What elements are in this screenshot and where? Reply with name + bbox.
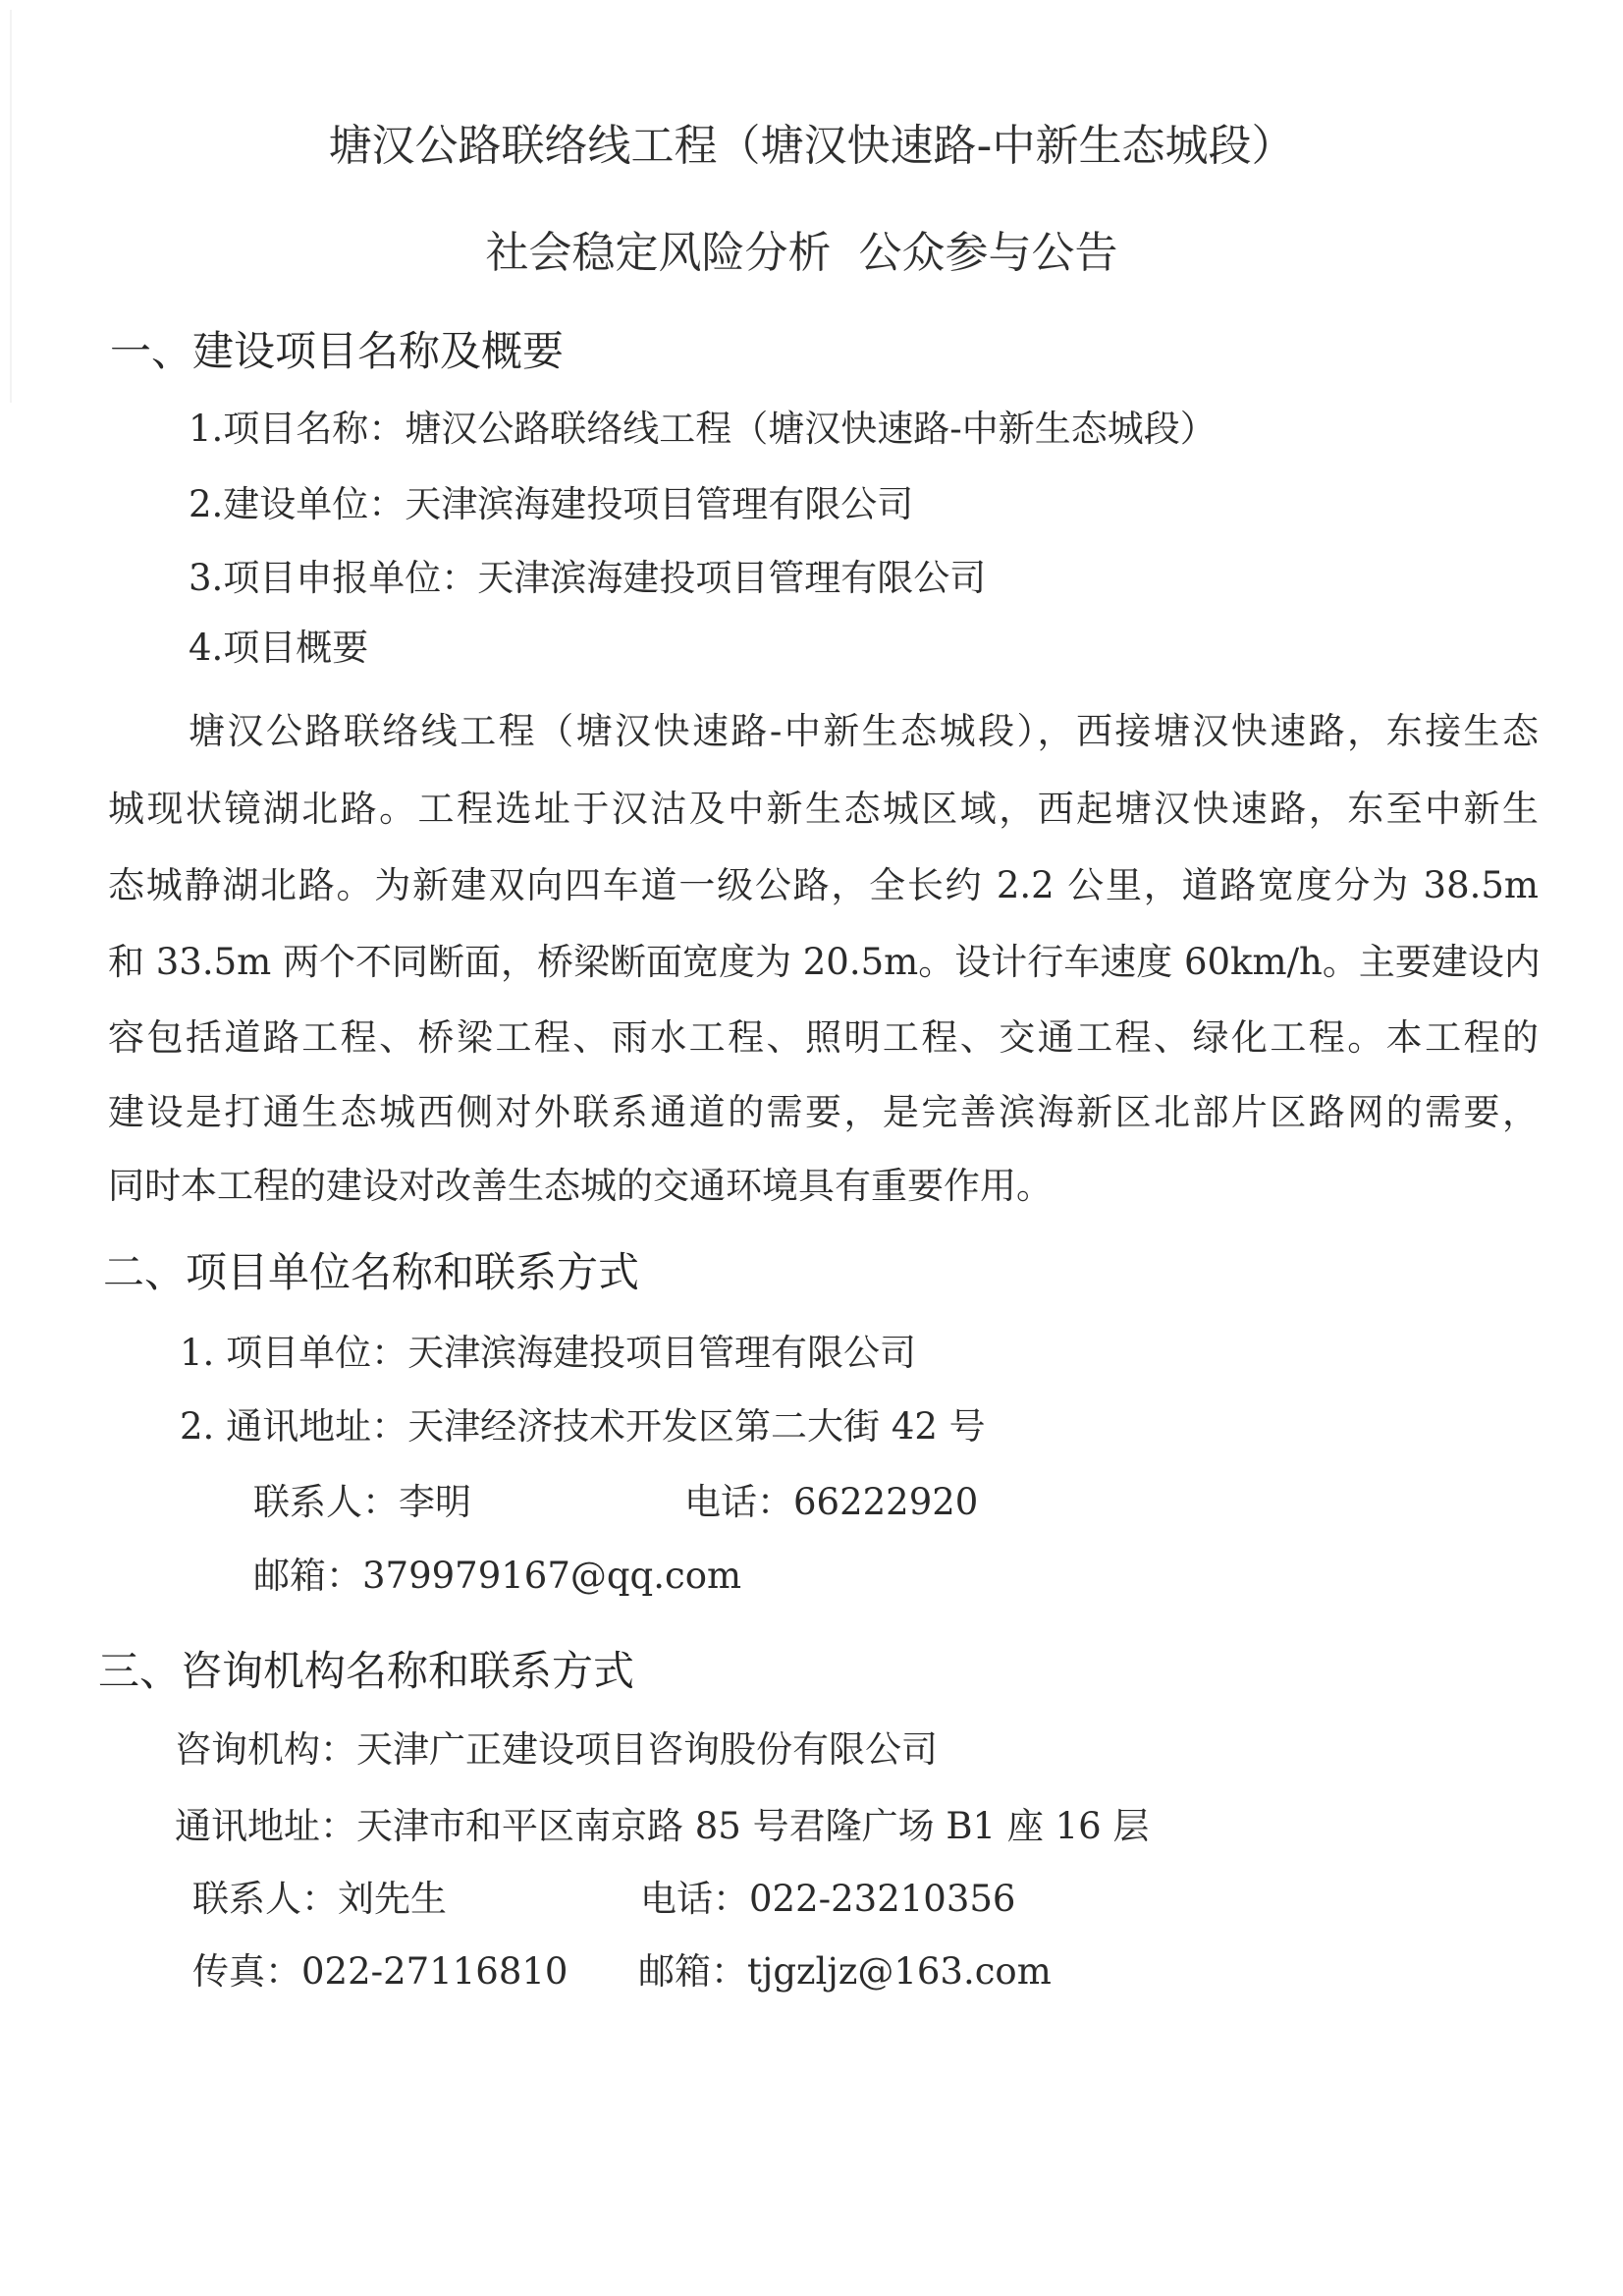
contact-phone: 电话：66222920 (684, 1484, 978, 1520)
project-name-item: 1.项目名称：塘汉公路联络线工程（塘汉快速路-中新生态城段） (189, 410, 1217, 447)
section-heading-project-overview: 一、建设项目名称及概要 (110, 331, 564, 372)
project-summary-label: 4.项目概要 (189, 629, 368, 666)
project-unit-item: 1. 项目单位：天津滨海建投项目管理有限公司 (180, 1335, 916, 1371)
paragraph-line: 塘汉公路联络线工程（塘汉快速路-中新生态城段），西接塘汉快速路，东接生态 (189, 713, 1539, 749)
paragraph-line: 态城静湖北路。为新建双向四车道一级公路，全长约 2.2 公里，道路宽度分为 38… (108, 867, 1539, 903)
contact-person: 联系人：李明 (253, 1484, 471, 1520)
scan-artifact (10, 10, 12, 403)
section-heading-project-unit-contact: 二、项目单位名称和联系方式 (103, 1252, 639, 1293)
document-subtitle: 社会稳定风险分析 公众参与公告 (0, 232, 1613, 275)
contact-email: 邮箱：379979167@qq.com (253, 1558, 741, 1594)
mailing-address-item: 2. 通讯地址：天津经济技术开发区第二大街 42 号 (180, 1408, 986, 1445)
consulting-agency-name: 咨询机构：天津广正建设项目咨询股份有限公司 (175, 1731, 938, 1768)
consulting-agency-address: 通讯地址：天津市和平区南京路 85 号君隆广场 B1 座 16 层 (175, 1808, 1149, 1844)
paragraph-line: 同时本工程的建设对改善生态城的交通环境具有重要作用。 (108, 1168, 1053, 1204)
consulting-fax: 传真：022-27116810 (192, 1953, 568, 1990)
construction-unit-item: 2.建设单位：天津滨海建投项目管理有限公司 (189, 486, 913, 522)
consulting-phone: 电话：022-23210356 (640, 1881, 1015, 1917)
reporting-unit-item: 3.项目申报单位：天津滨海建投项目管理有限公司 (189, 560, 986, 596)
document-title: 塘汉公路联络线工程（塘汉快速路-中新生态城段） (0, 125, 1623, 168)
paragraph-line: 建设是打通生态城西侧对外联系通道的需要，是完善滨海新区北部片区路网的需要， (108, 1094, 1539, 1130)
paragraph-line: 容包括道路工程、桥梁工程、雨水工程、照明工程、交通工程、绿化工程。本工程的 (108, 1019, 1539, 1056)
paragraph-line: 和 33.5m 两个不同断面，桥梁断面宽度为 20.5m。设计行车速度 60km… (108, 944, 1539, 980)
consulting-contact-person: 联系人：刘先生 (192, 1881, 447, 1917)
consulting-email: 邮箱：tjgzljz@163.com (638, 1953, 1052, 1990)
section-heading-consulting-agency: 三、咨询机构名称和联系方式 (98, 1651, 634, 1692)
paragraph-line: 城现状镜湖北路。工程选址于汉沽及中新生态城区域，西起塘汉快速路，东至中新生 (108, 791, 1539, 827)
